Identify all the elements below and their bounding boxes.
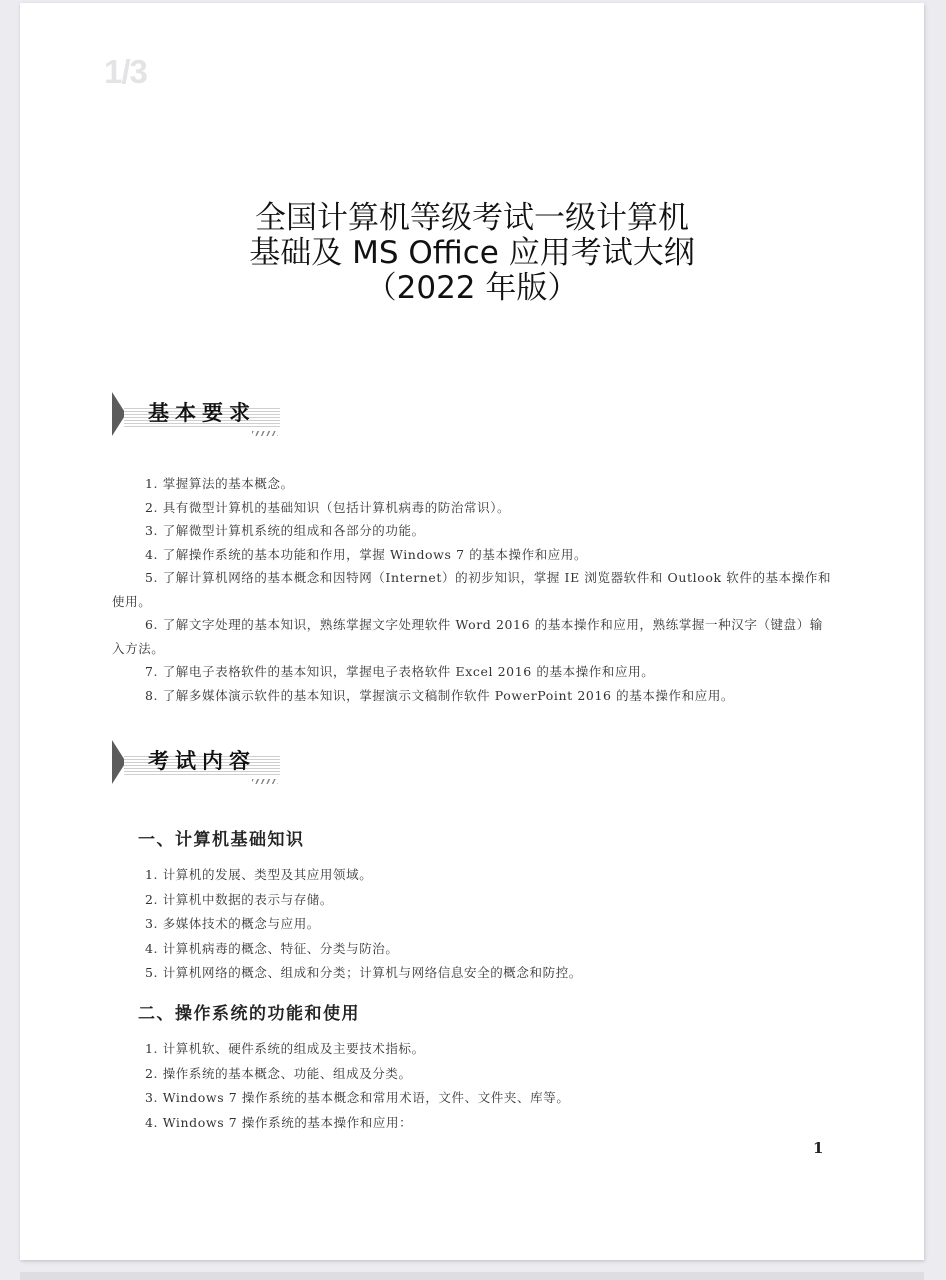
section-banner-exam-content: 考试内容 (112, 740, 282, 785)
requirement-item: 3. 了解微型计算机系统的组成和各部分的功能。 (112, 519, 832, 543)
list-item: 2. 操作系统的基本概念、功能、组成及分类。 (145, 1062, 845, 1087)
list-item: 1. 计算机软、硬件系统的组成及主要技术指标。 (145, 1037, 845, 1062)
subsection-list: 1. 计算机的发展、类型及其应用领域。 2. 计算机中数据的表示与存储。 3. … (145, 863, 845, 986)
requirement-item: 2. 具有微型计算机的基础知识（包括计算机病毒的防治常识）。 (112, 496, 832, 520)
subsection-title: 二、操作系统的功能和使用 (138, 999, 360, 1024)
title-line: 基础及 MS Office 应用考试大纲 (20, 236, 924, 271)
title-line: （2022 年版） (20, 271, 924, 306)
section-banner-basic-requirements: 基本要求 (112, 392, 282, 437)
title-line: 全国计算机等级考试一级计算机 (20, 201, 924, 236)
requirement-item: 5. 了解计算机网络的基本概念和因特网（Internet）的初步知识，掌握 IE… (112, 566, 832, 613)
requirement-item: 1. 掌握算法的基本概念。 (112, 472, 832, 496)
list-item: 2. 计算机中数据的表示与存储。 (145, 888, 845, 913)
document-page: 1/3 全国计算机等级考试一级计算机 基础及 MS Office 应用考试大纲 … (20, 3, 924, 1260)
page-indicator: 1/3 (104, 53, 147, 91)
section-heading: 基本要求 (148, 397, 256, 427)
subsection-title: 一、计算机基础知识 (138, 825, 305, 850)
hatch-decoration (252, 779, 278, 784)
next-page-edge (20, 1272, 924, 1280)
list-item: 5. 计算机网络的概念、组成和分类；计算机与网络信息安全的概念和防控。 (145, 961, 845, 986)
requirement-item: 8. 了解多媒体演示软件的基本知识，掌握演示文稿制作软件 PowerPoint … (112, 684, 832, 708)
list-item: 4. 计算机病毒的概念、特征、分类与防治。 (145, 937, 845, 962)
requirement-item: 6. 了解文字处理的基本知识，熟练掌握文字处理软件 Word 2016 的基本操… (112, 613, 832, 660)
section-heading: 考试内容 (148, 745, 256, 775)
list-item: 4. Windows 7 操作系统的基本操作和应用： (145, 1111, 845, 1136)
document-title: 全国计算机等级考试一级计算机 基础及 MS Office 应用考试大纲 （202… (20, 201, 924, 306)
list-item: 3. 多媒体技术的概念与应用。 (145, 912, 845, 937)
hatch-decoration (252, 431, 278, 436)
page-number: 1 (813, 1139, 823, 1157)
subsection-list: 1. 计算机软、硬件系统的组成及主要技术指标。 2. 操作系统的基本概念、功能、… (145, 1037, 845, 1135)
list-item: 3. Windows 7 操作系统的基本概念和常用术语，文件、文件夹、库等。 (145, 1086, 845, 1111)
list-item: 1. 计算机的发展、类型及其应用领域。 (145, 863, 845, 888)
requirement-item: 4. 了解操作系统的基本功能和作用，掌握 Windows 7 的基本操作和应用。 (112, 543, 832, 567)
requirements-list: 1. 掌握算法的基本概念。 2. 具有微型计算机的基础知识（包括计算机病毒的防治… (112, 472, 832, 707)
requirement-item: 7. 了解电子表格软件的基本知识，掌握电子表格软件 Excel 2016 的基本… (112, 660, 832, 684)
